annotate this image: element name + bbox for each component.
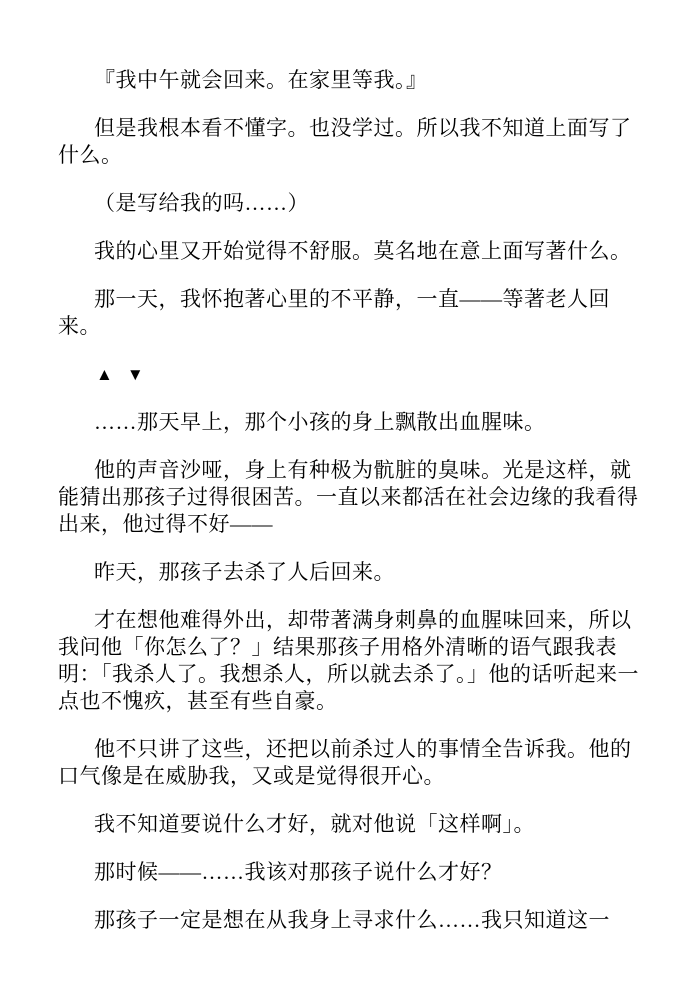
up-triangle-icon: ▲ (96, 361, 113, 388)
paragraph: 但是我根本看不懂字。也没学过。所以我不知道上面写了什么。 (58, 115, 652, 169)
paragraph: 那一天，我怀抱著心里的不平静，一直——等著老人回来。 (58, 286, 652, 340)
paragraph: 他的声音沙哑，身上有种极为骯脏的臭味。光是这样，就能猜出那孩子过得很困苦。一直以… (58, 457, 652, 538)
section-separator: ▲▼ (58, 361, 652, 388)
down-triangle-icon: ▼ (127, 361, 144, 388)
paragraph: 才在想他难得外出，却带著满身刺鼻的血腥味回来，所以我问他「你怎么了？」结果那孩子… (58, 607, 652, 715)
paragraph: 『我中午就会回来。在家里等我。』 (58, 67, 652, 94)
paragraph: 我不知道要说什么才好，就对他说「这样啊」。 (58, 811, 652, 838)
paragraph: 我的心里又开始觉得不舒服。莫名地在意上面写著什么。 (58, 238, 652, 265)
paragraph: 那时候——……我该对那孩子说什么才好？ (58, 859, 652, 886)
paragraph: （是写给我的吗……） (58, 190, 652, 217)
paragraph: 那孩子一定是想在从我身上寻求什么……我只知道这一 (58, 907, 652, 934)
paragraph: 他不只讲了这些，还把以前杀过人的事情全告诉我。他的口气像是在威胁我，又或是觉得很… (58, 736, 652, 790)
paragraph: ……那天早上，那个小孩的身上飘散出血腥味。 (58, 409, 652, 436)
paragraph: 昨天，那孩子去杀了人后回来。 (58, 559, 652, 586)
document-page: 『我中午就会回来。在家里等我。』 但是我根本看不懂字。也没学过。所以我不知道上面… (0, 0, 700, 992)
